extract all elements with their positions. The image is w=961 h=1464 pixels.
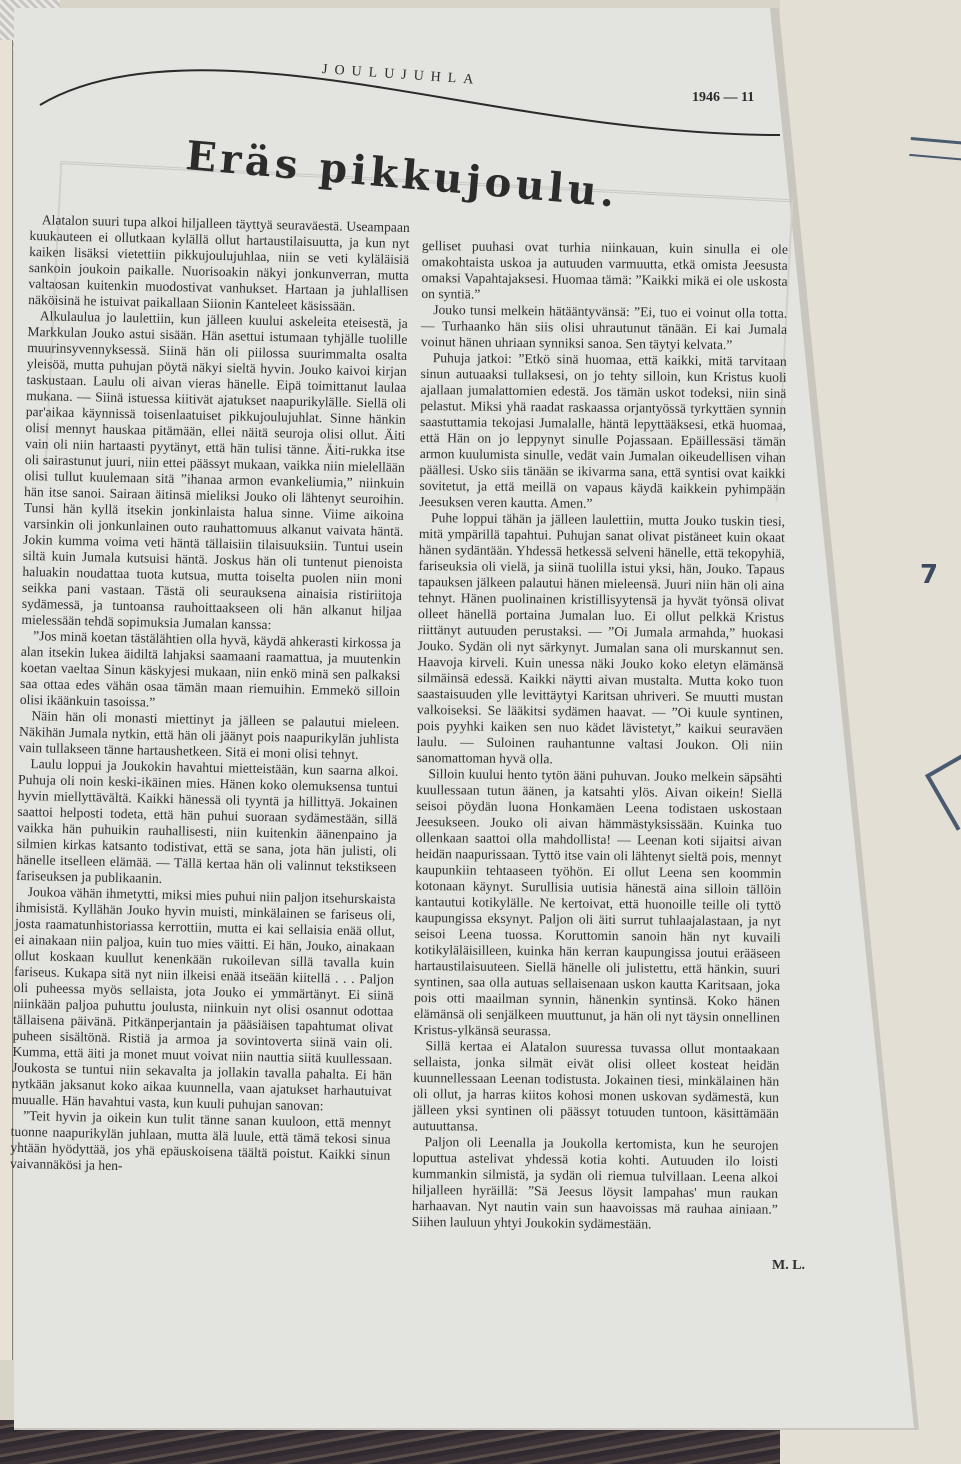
- paragraph: Silloin kuului hento tytön ääni puhuvan.…: [414, 766, 783, 1042]
- paragraph: Alkulaulua jo laulettiin, kun jälleen ku…: [21, 308, 408, 636]
- paragraph: Näin hän oli monasti miettinyt ja jällee…: [19, 708, 400, 764]
- paragraph: Puhuja jatkoi: ”Etkö sinä huomaa, että k…: [419, 350, 787, 514]
- paragraph: Paljon oli Leenalla ja Joukolla kertomis…: [412, 1134, 779, 1234]
- right-column: gelliset puuhasi ovat turhia niinkauan, …: [412, 238, 788, 1234]
- paragraph: Laulu loppui ja Joukokin havahtui miette…: [16, 756, 399, 892]
- issue-number: 1946 — 11: [692, 90, 754, 106]
- paragraph: Alatalon suuri tupa alkoi hiljalleen täy…: [28, 212, 410, 316]
- back-page-digit: 7: [920, 560, 938, 590]
- paragraph: Sillä kertaa ei Alatalon suuressa tuvass…: [413, 1038, 780, 1138]
- paragraph: Jouko tunsi melkein hätääntyvänsä: ”Ei, …: [421, 302, 787, 354]
- paragraph: Joukoa vähän ihmetytti, miksi mies puhui…: [11, 884, 396, 1116]
- author-signature: M. L.: [772, 1258, 805, 1274]
- paragraph: gelliset puuhasi ovat turhia niinkauan, …: [421, 238, 788, 306]
- paragraph: ”Jos minä koetan tästälähtien olla hyvä,…: [20, 628, 402, 716]
- paragraph: Puhe loppui tähän ja jälleen laulettiin,…: [416, 510, 785, 770]
- left-column: Alatalon suuri tupa alkoi hiljalleen täy…: [10, 212, 410, 1180]
- paragraph: ”Teit hyvin ja oikein kun tulit tänne sa…: [10, 1108, 391, 1180]
